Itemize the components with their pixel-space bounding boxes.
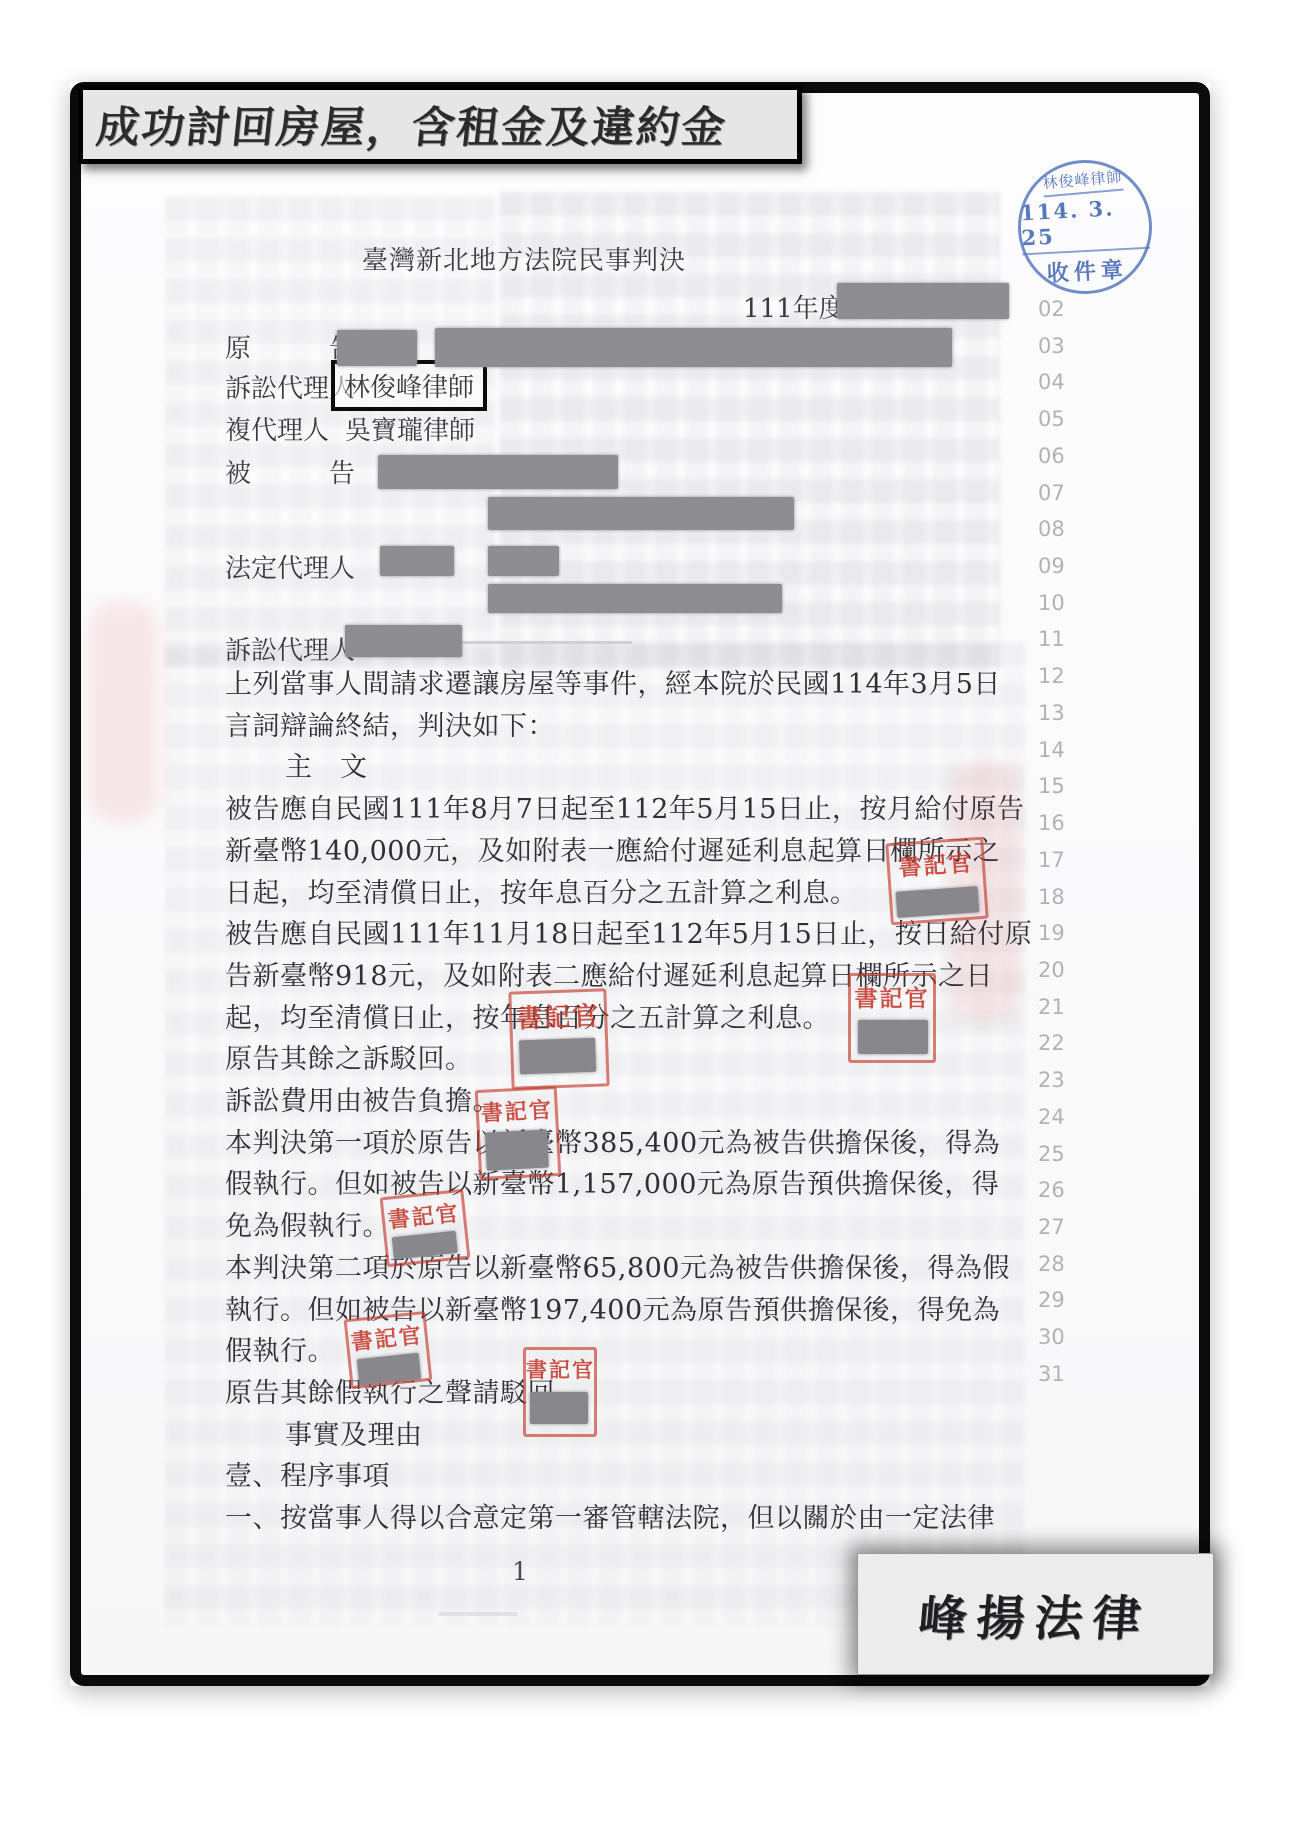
court-title: 臺灣新北地方法院民事判決 xyxy=(362,240,686,277)
body-line: 上列當事人間請求遷讓房屋等事件，經本院於民國114年3月5日 xyxy=(225,662,1001,701)
party-label: 法定代理人 xyxy=(225,548,367,585)
clerk-stamp: 書記官 xyxy=(475,1086,562,1180)
body-line: 假執行。但如被告以新臺幣1,157,000元為原告預供擔保後，得 xyxy=(225,1162,999,1201)
redaction-box xyxy=(837,283,1009,319)
receipt-stamp: 林俊峰律師 114. 3. 25 收件章 xyxy=(1015,157,1156,298)
document-page: 林俊峰律師 114. 3. 25 收件章 臺灣新北地方法院民事判決 111年度 … xyxy=(70,82,1210,1686)
line-number: 14 xyxy=(1038,738,1065,762)
clerk-stamp: 書記官 xyxy=(344,1311,433,1389)
line-number: 11 xyxy=(1038,627,1065,651)
scan-background: 林俊峰律師 114. 3. 25 收件章 臺灣新北地方法院民事判決 111年度 … xyxy=(0,0,1300,1838)
clerk-stamp: 書記官 xyxy=(523,1347,597,1437)
line-number: 26 xyxy=(1038,1178,1065,1202)
line-number: 27 xyxy=(1038,1215,1065,1239)
redaction-box xyxy=(337,330,417,366)
line-number: 22 xyxy=(1038,1031,1065,1055)
line-number: 24 xyxy=(1038,1105,1065,1129)
headline-text: 成功討回房屋，含租金及違約金 xyxy=(80,94,730,155)
clerk-stamp-label: 書記官 xyxy=(347,1318,426,1357)
redaction-box xyxy=(392,1231,458,1260)
party-row-sub-attorney: 複代理人 吳寶瓏律師 xyxy=(225,410,1025,452)
line-number: 05 xyxy=(1038,407,1065,431)
body-line: 訴訟費用由被告負擔。 xyxy=(225,1079,500,1118)
clerk-stamp-label: 書記官 xyxy=(383,1196,464,1235)
body-line: 被告應自民國111年8月7日起至112年5月15日止，按月給付原告 xyxy=(225,787,1024,826)
redaction-box xyxy=(380,546,454,576)
line-number: 15 xyxy=(1038,774,1065,798)
body-line: 新臺幣140,000元，及如附表一應給付遲延利息起算日欄所示之 xyxy=(225,829,1000,868)
body-line: 本判決第二項於原告以新臺幣65,800元為被告供擔保後，得為假 xyxy=(225,1246,1010,1285)
body-line: 壹、程序事項 xyxy=(225,1454,390,1493)
page-number: 1 xyxy=(460,1557,580,1586)
line-number: 31 xyxy=(1038,1362,1065,1386)
body-line: 本判決第一項於原告以新臺幣385,400元為被告供擔保後，得為 xyxy=(225,1121,1000,1160)
body-line: 執行。但如被告以新臺幣197,400元為原告預供擔保後，得免為 xyxy=(225,1288,1000,1327)
line-number: 25 xyxy=(1038,1142,1065,1166)
clerk-stamp-label: 書記官 xyxy=(889,844,983,883)
party-row-plaintiff-attorney: 訴訟代理人 林俊峰律師 xyxy=(225,368,1025,410)
redaction-box xyxy=(530,1392,588,1424)
case-year: 111年度 xyxy=(743,288,845,325)
line-number: 20 xyxy=(1038,958,1065,982)
line-number: 29 xyxy=(1038,1288,1065,1312)
receipt-stamp-name: 林俊峰律師 xyxy=(1042,165,1124,197)
headline-banner: 成功討回房屋，含租金及違約金 xyxy=(78,85,802,164)
line-number: 03 xyxy=(1038,334,1065,358)
body-line: 免為假執行。 xyxy=(225,1204,390,1243)
line-number: 16 xyxy=(1038,811,1065,835)
line-number: 30 xyxy=(1038,1325,1065,1349)
body-line: 原告其餘之訴駁回。 xyxy=(225,1037,473,1076)
redaction-box xyxy=(896,886,980,918)
redaction-box xyxy=(485,1129,549,1170)
body-line: 假執行。 xyxy=(225,1329,335,1368)
line-number: 09 xyxy=(1038,554,1065,578)
redaction-box xyxy=(488,584,782,613)
brand-box: 峰揚法律 xyxy=(857,1553,1214,1675)
clerk-stamp: 書記官 xyxy=(380,1189,471,1267)
redaction-box xyxy=(858,1020,928,1054)
redaction-box xyxy=(345,625,462,657)
line-number: 13 xyxy=(1038,701,1065,725)
footer-dash xyxy=(438,1612,518,1616)
body-line: 主 文 xyxy=(285,745,368,784)
redaction-box xyxy=(435,328,952,367)
line-number: 21 xyxy=(1038,995,1065,1019)
clerk-stamp-label: 書記官 xyxy=(851,980,933,1013)
line-number: 18 xyxy=(1038,885,1065,909)
line-number: 28 xyxy=(1038,1252,1065,1276)
body-line: 言詞辯論終結，判決如下： xyxy=(225,704,555,743)
clerk-stamp-label: 書記官 xyxy=(526,1354,594,1384)
brand-text: 峰揚法律 xyxy=(916,1580,1154,1649)
line-number: 23 xyxy=(1038,1068,1065,1092)
clerk-stamp-label: 書記官 xyxy=(478,1093,556,1128)
receipt-stamp-date: 114. 3. 25 xyxy=(1019,193,1150,255)
party-row-defendant: 被 告 xyxy=(225,453,1025,495)
line-number: 06 xyxy=(1038,444,1065,468)
line-number: 19 xyxy=(1038,921,1065,945)
line-number: 07 xyxy=(1038,481,1065,505)
line-number: 12 xyxy=(1038,664,1065,688)
redaction-box xyxy=(488,546,559,576)
sub-attorney-name: 吳寶瓏律師 xyxy=(345,410,475,447)
clerk-stamp: 書記官 xyxy=(885,837,988,926)
clerk-stamp: 書記官 xyxy=(508,988,609,1089)
body-line: 事實及理由 xyxy=(285,1413,423,1452)
stain-overlay xyxy=(88,602,158,822)
attorney-name-highlight: 林俊峰律師 xyxy=(331,360,487,411)
body-line: 一、按當事人得以合意定第一審管轄法院，但以關於由一定法律 xyxy=(225,1496,995,1535)
redaction-box xyxy=(488,497,794,530)
line-number: 10 xyxy=(1038,591,1065,615)
line-number: 04 xyxy=(1038,370,1065,394)
redaction-box xyxy=(519,1038,596,1075)
redaction-box xyxy=(357,1353,421,1385)
line-number: 02 xyxy=(1038,297,1065,321)
receipt-stamp-label: 收件章 xyxy=(1046,252,1129,287)
party-label: 被 告 xyxy=(225,453,367,490)
line-number: 08 xyxy=(1038,517,1065,541)
clerk-stamp: 書記官 xyxy=(848,973,936,1063)
clerk-stamp-label: 書記官 xyxy=(512,995,605,1035)
redaction-box xyxy=(378,455,618,489)
strikethrough-mark xyxy=(462,641,632,644)
line-number: 17 xyxy=(1038,848,1065,872)
body-line: 日起，均至清償日止，按年息百分之五計算之利息。 xyxy=(225,871,858,910)
